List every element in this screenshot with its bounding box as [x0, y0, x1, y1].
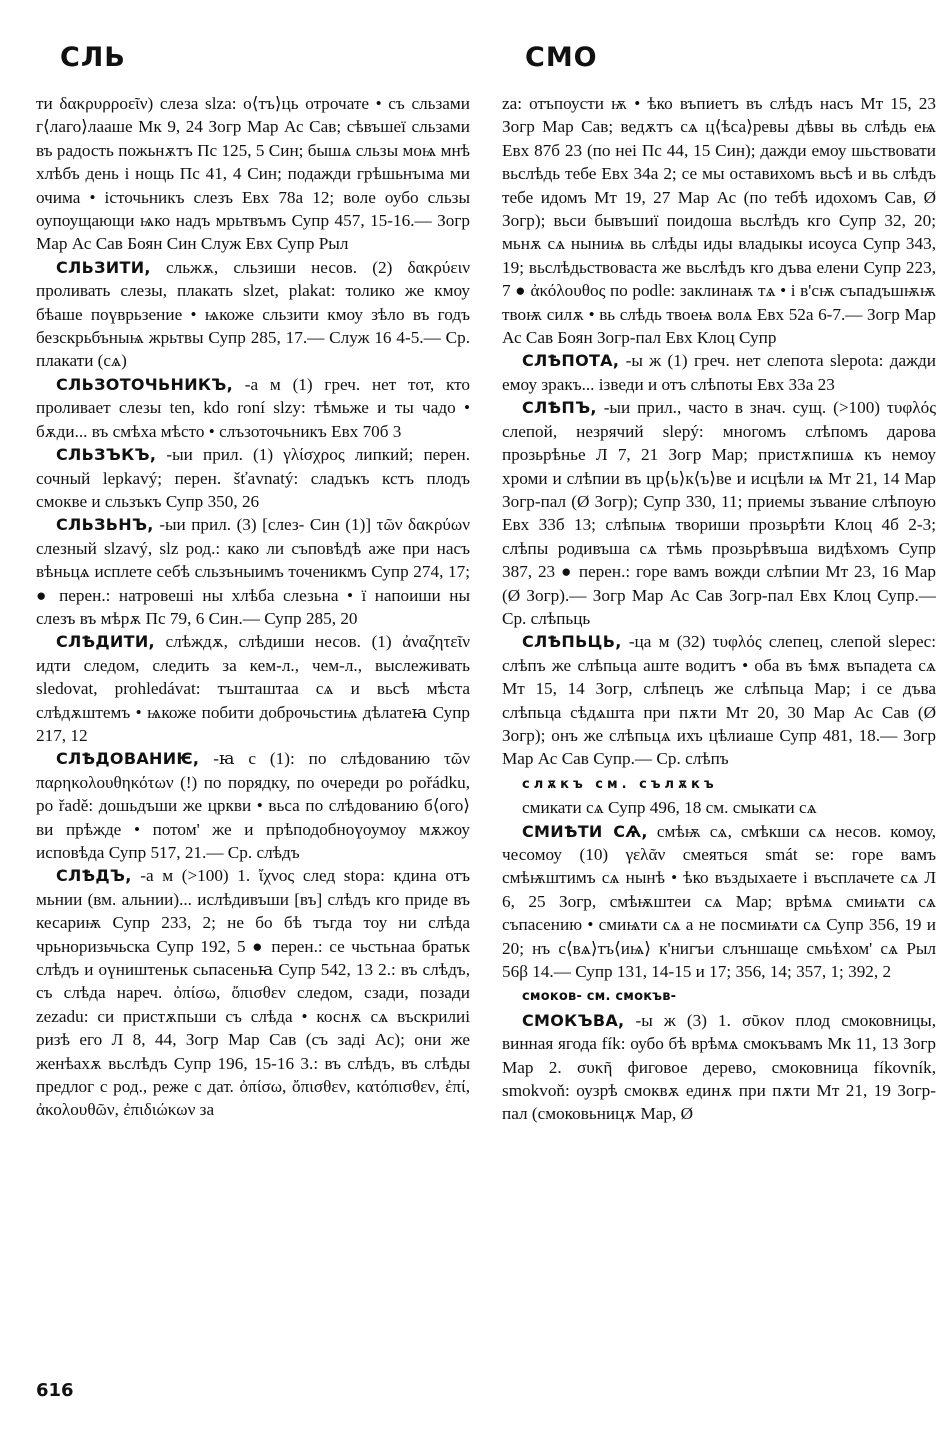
entry-headword: СЛѢПОТА, [522, 351, 619, 370]
dictionary-entry: СЛЬЗЬНЪ, -ыи прил. (3) [слез- Син (1)] τ… [36, 513, 470, 630]
entry-headword: СМИѢТИ СѦ, [522, 822, 648, 841]
cross-reference-entry: смикати сѧ Супр 496, 18 см. смыкати сѧ [502, 796, 936, 819]
dictionary-entry: СЛѢДОВАНИѤ, -ꙗ с (1): по слѣдованию τῶν … [36, 747, 470, 864]
entry-text: -ца м (32) τυφλός слепец, слепой slepec:… [502, 632, 936, 768]
dictionary-entry: СМИѢТИ СѦ, смѣѭ сѧ, смѣкши сѧ несов. ком… [502, 820, 936, 984]
entry-headword: СЛѢДЪ, [56, 866, 132, 885]
entry-text: смикати сѧ Супр 496, 18 см. смыкати сѧ [522, 798, 817, 817]
dictionary-entry: СЛѢПОТА, -ы ж (1) греч. нет слепота slep… [502, 349, 936, 396]
entry-text: смоков- см. смокъв- [522, 989, 676, 1004]
entry-headword: СЛЬЗИТИ, [56, 258, 151, 277]
cross-reference-entry: слѫкъ см. сълѫкъ [502, 771, 936, 796]
dictionary-entry: za: отъпоусти ѭ • ѣко въпиетъ въ слѣдъ н… [502, 92, 936, 349]
dictionary-entry: СЛЬЗОТОЧЬНИКЪ, -а м (1) греч. нет тот, к… [36, 373, 470, 443]
entry-headword: СЛЬЗЪКЪ, [56, 445, 156, 464]
dictionary-entry: СЛѢПЪ, -ыи прил., часто в знач. сущ. (>1… [502, 396, 936, 630]
cross-reference-entry: смоков- см. смокъв- [502, 983, 936, 1008]
dictionary-page: СЛЬ СМО ти δακρυρροεῖν) слеза slza: о⟨тъ… [0, 0, 950, 1431]
left-column: ти δακρυρροεῖν) слеза slza: о⟨тъ⟩ць отро… [36, 92, 470, 1122]
dictionary-entry: СЛЬЗИТИ, сльжѫ, сльзиши несов. (2) δακρύ… [36, 256, 470, 373]
entry-text: ти δακρυρροεῖν) слеза slza: о⟨тъ⟩ць отро… [36, 94, 470, 253]
dictionary-entry: СМОКЪВА, -ы ж (3) 1. σῦκον плод смоковни… [502, 1009, 936, 1126]
dictionary-entry: СЛѢПЬЦЬ, -ца м (32) τυφλός слепец, слепо… [502, 630, 936, 770]
entry-headword: СЛѢПЪ, [522, 398, 597, 417]
entry-text: слѫкъ см. сълѫкъ [522, 777, 718, 792]
entry-headword: СЛѢДИТИ, [56, 632, 155, 651]
page-number: 616 [36, 1380, 74, 1401]
running-head-right: СМО [525, 42, 598, 73]
entry-headword: СЛѢДОВАНИѤ, [56, 749, 199, 768]
dictionary-entry: ти δακρυρροεῖν) слеза slza: о⟨тъ⟩ць отро… [36, 92, 470, 256]
entry-text: za: отъпоусти ѭ • ѣко въпиетъ въ слѣдъ н… [502, 94, 936, 347]
dictionary-entry: СЛѢДЪ, -а м (>100) 1. ἴχνος след stopa: … [36, 864, 470, 1121]
dictionary-entry: СЛѢДИТИ, слѣждѫ, слѣдиши несов. (1) ἀναζ… [36, 630, 470, 747]
entry-text: -а м (>100) 1. ἴχνος след stopa: кдина о… [36, 866, 470, 1119]
entry-headword: СЛЬЗОТОЧЬНИКЪ, [56, 375, 233, 394]
running-head-left: СЛЬ [60, 42, 126, 73]
dictionary-entry: СЛЬЗЪКЪ, -ыи прил. (1) γλίσχρος липкий; … [36, 443, 470, 513]
entry-text: -ыи прил., часто в знач. сущ. (>100) τυφ… [502, 398, 936, 628]
entry-headword: СМОКЪВА, [522, 1011, 624, 1030]
right-column: za: отъпоусти ѭ • ѣко въпиетъ въ слѣдъ н… [502, 92, 936, 1126]
entry-text: смѣѭ сѧ, смѣкши сѧ несов. комоу, чесомоу… [502, 822, 936, 981]
entry-headword: СЛЬЗЬНЪ, [56, 515, 154, 534]
entry-headword: СЛѢПЬЦЬ, [522, 632, 622, 651]
